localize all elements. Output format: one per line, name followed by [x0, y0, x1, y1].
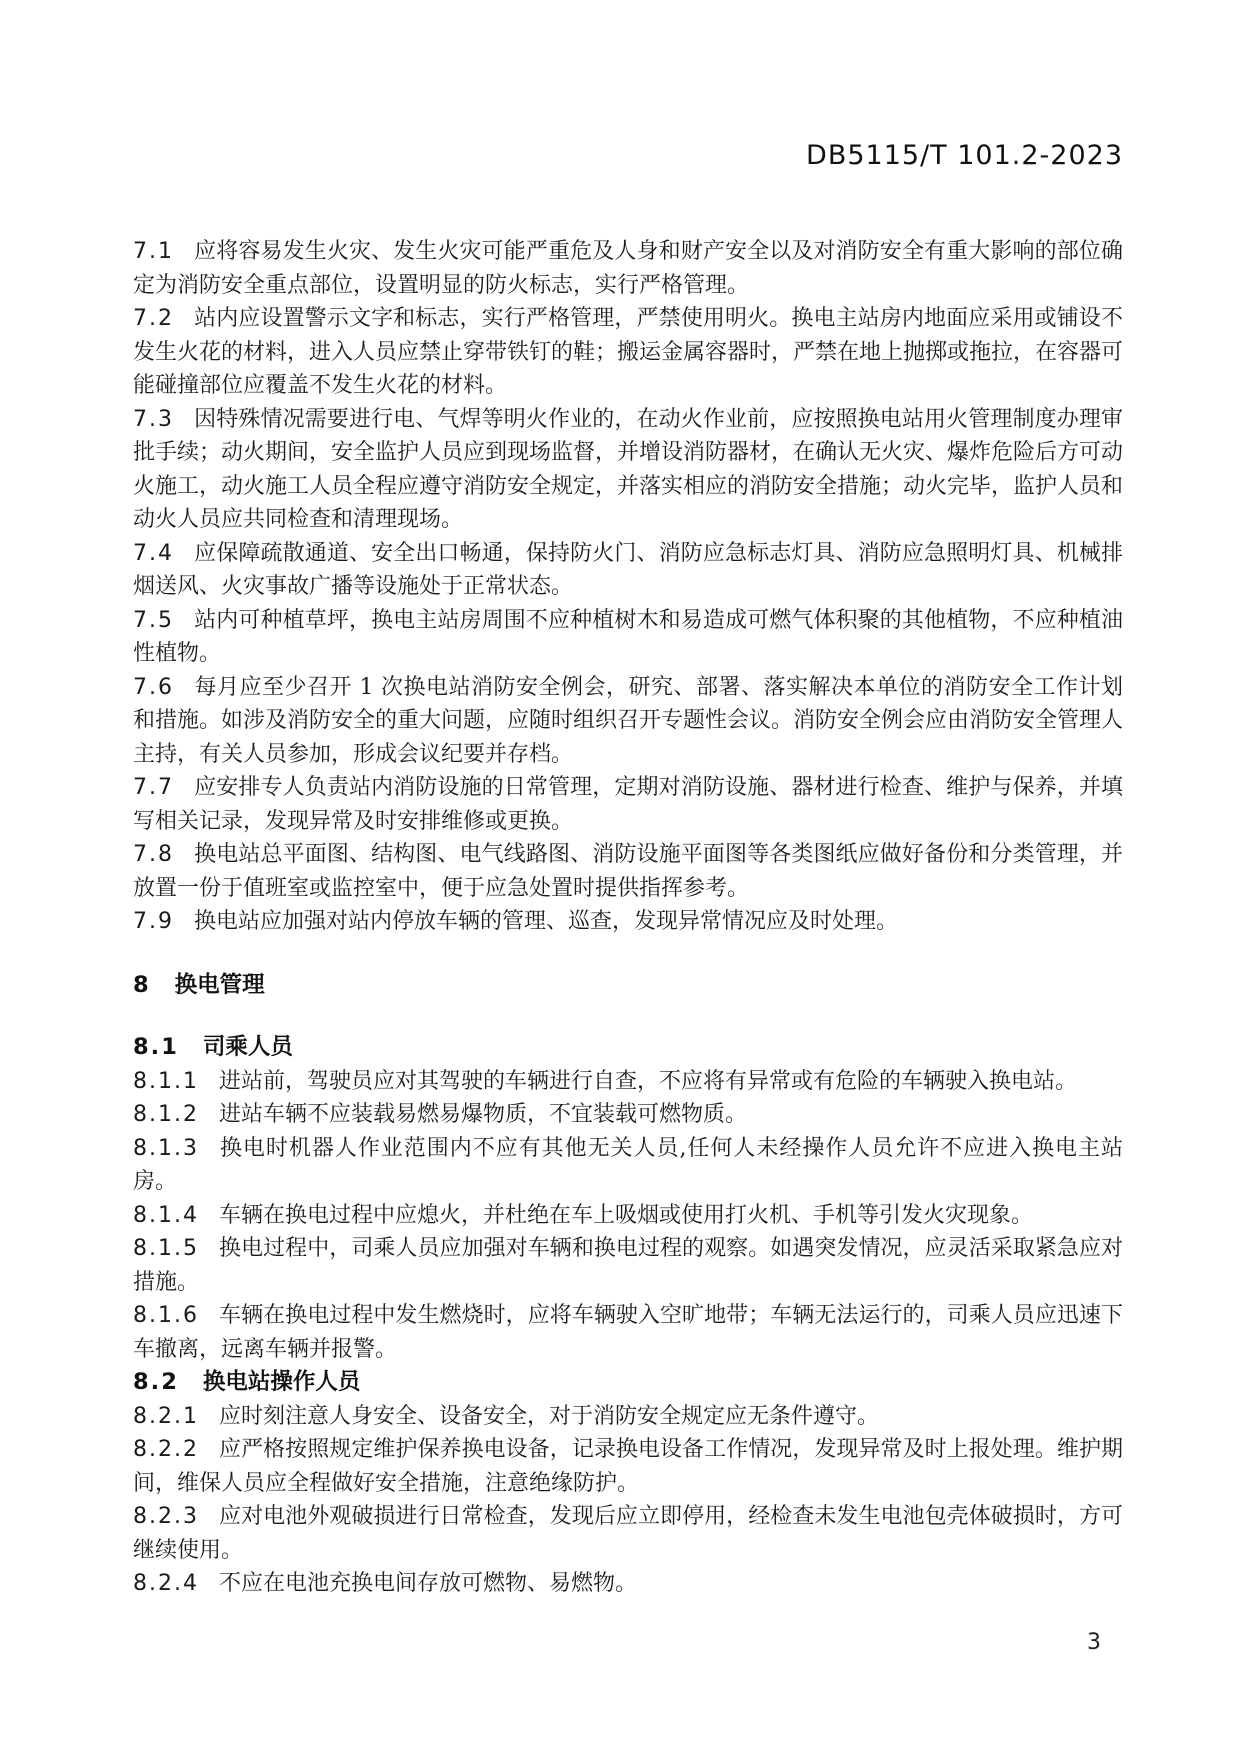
- clause-text: 应安排专人负责站内消防设施的日常管理，定期对消防设施、器材进行检查、维护与保养，…: [133, 775, 1123, 834]
- clause-text: 站内应设置警示文字和标志，实行严格管理，严禁使用明火。换电主站房内地面应采用或铺…: [133, 306, 1123, 398]
- clause-7.9: 7.9换电站应加强对站内停放车辆的管理、巡查，发现异常情况应及时处理。: [133, 905, 1123, 939]
- clause-number: 7.1: [133, 239, 174, 264]
- clause-text: 车辆在换电过程中发生燃烧时，应将车辆驶入空旷地带；车辆无法运行的，司乘人员应迅速…: [133, 1303, 1123, 1362]
- clause-text: 换电站总平面图、结构图、电气线路图、消防设施平面图等各类图纸应做好备份和分类管理…: [133, 842, 1123, 901]
- clause-7.8: 7.8换电站总平面图、结构图、电气线路图、消防设施平面图等各类图纸应做好备份和分…: [133, 838, 1123, 905]
- clause-text: 应对电池外观破损进行日常检查，发现后应立即停用，经检查未发生电池包壳体破损时，方…: [133, 1504, 1123, 1563]
- clause-text: 不应在电池充换电间存放可燃物、易燃物。: [219, 1571, 637, 1596]
- clause-8.2.2: 8.2.2应严格按照规定维护保养换电设备，记录换电设备工作情况，发现异常及时上报…: [133, 1433, 1123, 1500]
- clause-number: 8.2: [133, 1369, 179, 1395]
- clause-number: 8.1.5: [133, 1236, 199, 1261]
- clause-8.1.6: 8.1.6车辆在换电过程中发生燃烧时，应将车辆驶入空旷地带；车辆无法运行的，司乘…: [133, 1299, 1123, 1366]
- clause-text: 站内可种植草坪，换电主站房周围不应种植树木和易造成可燃气体积聚的其他植物，不应种…: [133, 608, 1123, 667]
- page-number: 3: [1087, 1630, 1101, 1655]
- clause-8.1.4: 8.1.4车辆在换电过程中应熄火，并杜绝在车上吸烟或使用打火机、手机等引发火灾现…: [133, 1199, 1123, 1233]
- clause-text: 每月应至少召开 1 次换电站消防安全例会，研究、部署、落实解决本单位的消防安全工…: [133, 675, 1123, 767]
- clause-8.1.3: 8.1.3换电时机器人作业范围内不应有其他无关人员,任何人未经操作人员允许不应进…: [133, 1132, 1123, 1199]
- clause-number: 8.1.2: [133, 1102, 199, 1127]
- document-page: DB5115/T 101.2-2023 7.1应将容易发生火灾、发生火灾可能严重…: [0, 0, 1241, 1754]
- clause-8.1.5: 8.1.5换电过程中，司乘人员应加强对车辆和换电过程的观察。如遇突发情况，应灵活…: [133, 1232, 1123, 1299]
- clause-7.4: 7.4应保障疏散通道、安全出口畅通，保持防火门、消防应急标志灯具、消防应急照明灯…: [133, 537, 1123, 604]
- clause-number: 7.9: [133, 909, 174, 934]
- clause-text: 应将容易发生火灾、发生火灾可能严重危及人身和财产安全以及对消防安全有重大影响的部…: [133, 239, 1123, 298]
- document-body: 7.1应将容易发生火灾、发生火灾可能严重危及人身和财产安全以及对消防安全有重大影…: [133, 235, 1123, 1601]
- clause-number: 7.7: [133, 775, 174, 800]
- clause-number: 8.1.4: [133, 1203, 199, 1228]
- clause-text: 司乘人员: [203, 1034, 293, 1060]
- clause-number: 7.5: [133, 608, 174, 633]
- clause-number: 8.2.2: [133, 1437, 199, 1462]
- clause-number: 8.2.4: [133, 1571, 199, 1596]
- clause-7.1: 7.1应将容易发生火灾、发生火灾可能严重危及人身和财产安全以及对消防安全有重大影…: [133, 235, 1123, 302]
- clause-number: 8.1.3: [133, 1136, 199, 1161]
- clause-8.1.1: 8.1.1进站前，驾驶员应对其驾驶的车辆进行自查，不应将有异常或有危险的车辆驶入…: [133, 1065, 1123, 1099]
- clause-text: 进站车辆不应装载易燃易爆物质，不宜装载可燃物质。: [219, 1102, 747, 1127]
- clause-text: 应严格按照规定维护保养换电设备，记录换电设备工作情况，发现异常及时上报处理。维护…: [133, 1437, 1123, 1496]
- clause-text: 应保障疏散通道、安全出口畅通，保持防火门、消防应急标志灯具、消防应急照明灯具、机…: [133, 541, 1123, 600]
- clause-text: 车辆在换电过程中应熄火，并杜绝在车上吸烟或使用打火机、手机等引发火灾现象。: [219, 1203, 1033, 1228]
- clause-text: 换电过程中，司乘人员应加强对车辆和换电过程的观察。如遇突发情况，应灵活采取紧急应…: [133, 1236, 1123, 1295]
- clause-text: 换电站操作人员: [203, 1369, 361, 1395]
- clause-7.6: 7.6每月应至少召开 1 次换电站消防安全例会，研究、部署、落实解决本单位的消防…: [133, 671, 1123, 772]
- clause-7.5: 7.5站内可种植草坪，换电主站房周围不应种植树木和易造成可燃气体积聚的其他植物，…: [133, 604, 1123, 671]
- subsection-heading-8.1: 8.1司乘人员: [133, 1031, 1123, 1065]
- clause-number: 8: [133, 972, 151, 998]
- clause-number: 7.3: [133, 407, 174, 432]
- clause-text: 换电管理: [175, 972, 265, 998]
- subsection-heading-8.2: 8.2换电站操作人员: [133, 1366, 1123, 1400]
- clause-8.2.1: 8.2.1应时刻注意人身安全、设备安全，对于消防安全规定应无条件遵守。: [133, 1400, 1123, 1434]
- clause-text: 应时刻注意人身安全、设备安全，对于消防安全规定应无条件遵守。: [219, 1404, 879, 1429]
- clause-7.3: 7.3因特殊情况需要进行电、气焊等明火作业的，在动火作业前，应按照换电站用火管理…: [133, 403, 1123, 537]
- clause-number: 7.8: [133, 842, 174, 867]
- clause-text: 换电时机器人作业范围内不应有其他无关人员,任何人未经操作人员允许不应进入换电主站…: [133, 1136, 1123, 1195]
- clause-text: 换电站应加强对站内停放车辆的管理、巡查，发现异常情况应及时处理。: [194, 909, 898, 934]
- clause-number: 8.1.6: [133, 1303, 199, 1328]
- clause-number: 7.2: [133, 306, 174, 331]
- clause-7.2: 7.2站内应设置警示文字和标志，实行严格管理，严禁使用明火。换电主站房内地面应采…: [133, 302, 1123, 403]
- clause-number: 8.2.1: [133, 1404, 199, 1429]
- clause-number: 8.1.1: [133, 1069, 199, 1094]
- clause-number: 8.1: [133, 1034, 179, 1060]
- clause-number: 8.2.3: [133, 1504, 199, 1529]
- clause-7.7: 7.7应安排专人负责站内消防设施的日常管理，定期对消防设施、器材进行检查、维护与…: [133, 771, 1123, 838]
- clause-number: 7.6: [133, 675, 174, 700]
- clause-number: 7.4: [133, 541, 174, 566]
- clause-text: 因特殊情况需要进行电、气焊等明火作业的，在动火作业前，应按照换电站用火管理制度办…: [133, 407, 1123, 533]
- section-heading-8: 8换电管理: [133, 969, 1123, 1003]
- standard-number-header: DB5115/T 101.2-2023: [806, 140, 1123, 171]
- clause-8.2.3: 8.2.3应对电池外观破损进行日常检查，发现后应立即停用，经检查未发生电池包壳体…: [133, 1500, 1123, 1567]
- clause-text: 进站前，驾驶员应对其驾驶的车辆进行自查，不应将有异常或有危险的车辆驶入换电站。: [219, 1069, 1077, 1094]
- clause-8.1.2: 8.1.2进站车辆不应装载易燃易爆物质，不宜装载可燃物质。: [133, 1098, 1123, 1132]
- clause-8.2.4: 8.2.4不应在电池充换电间存放可燃物、易燃物。: [133, 1567, 1123, 1601]
